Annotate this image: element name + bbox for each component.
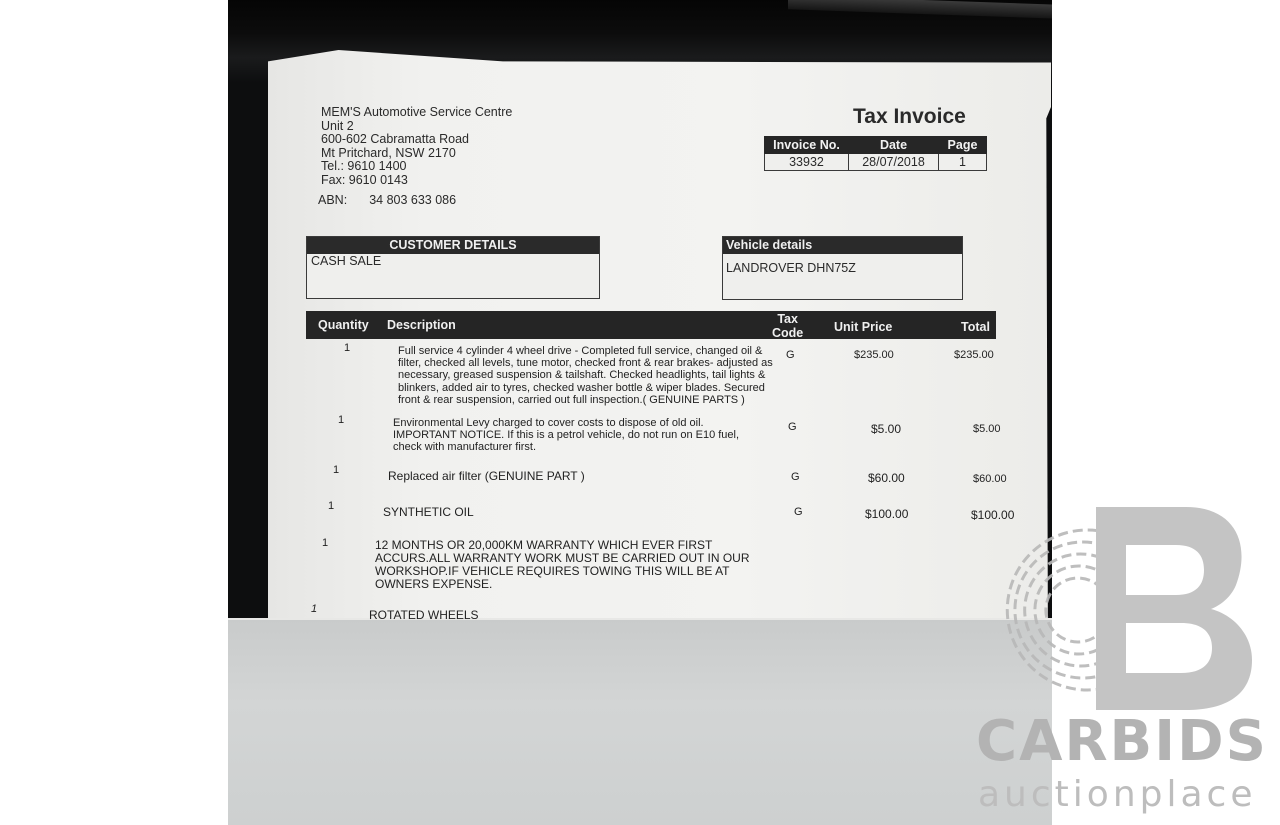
row-total: $235.00	[954, 349, 994, 361]
watermark-brand: CARBIDS	[976, 712, 1268, 772]
row-unit-price: $60.00	[868, 471, 905, 485]
invoice-document: MEM'S Automotive Service Centre Unit 2 6…	[228, 0, 1052, 625]
invoice-no-header: Invoice No.	[765, 137, 849, 154]
tax-code-header-line2: Code	[772, 326, 803, 340]
company-address-line: 600-602 Cabramatta Road	[321, 133, 512, 147]
vehicle-details-box: Vehicle details LANDROVER DHN75Z	[722, 236, 963, 300]
tax-code-header-line1: Tax	[777, 312, 798, 326]
row-unit-price: $235.00	[854, 349, 894, 361]
abn-label: ABN:	[318, 193, 347, 207]
row-description: Full service 4 cylinder 4 wheel drive - …	[398, 345, 783, 406]
description-header: Description	[387, 318, 456, 332]
row-tax-code: G	[791, 471, 800, 483]
carbids-logo-icon	[976, 505, 1256, 715]
row-description: Replaced air filter (GENUINE PART )	[388, 470, 748, 482]
company-details: MEM'S Automotive Service Centre Unit 2 6…	[321, 106, 512, 187]
page-value: 1	[939, 154, 987, 171]
row-unit-price: $5.00	[871, 422, 901, 436]
row-description: ROTATED WHEELS	[369, 609, 669, 621]
row-quantity: 1	[304, 603, 324, 615]
total-header: Total	[961, 320, 990, 334]
row-total: $5.00	[973, 423, 1001, 435]
invoice-photo: MEM'S Automotive Service Centre Unit 2 6…	[228, 0, 1052, 825]
items-table-header: Quantity Description TaxCode Unit Price …	[306, 311, 996, 339]
company-tel: Tel.: 9610 1400	[321, 160, 512, 174]
row-total: $60.00	[973, 473, 1007, 485]
paper-fold	[228, 618, 1052, 825]
customer-details-heading: CUSTOMER DETAILS	[307, 237, 599, 254]
row-unit-price: $100.00	[865, 507, 908, 521]
company-address-line: Mt Pritchard, NSW 2170	[321, 147, 512, 161]
company-address-line: Unit 2	[321, 120, 512, 134]
row-tax-code: G	[794, 506, 803, 518]
tax-code-header: TaxCode	[772, 312, 803, 340]
customer-details-value: CASH SALE	[307, 254, 599, 268]
date-value: 28/07/2018	[849, 154, 939, 171]
company-abn: ABN:34 803 633 086	[318, 193, 456, 207]
customer-details-box: CUSTOMER DETAILS CASH SALE	[306, 236, 600, 299]
row-tax-code: G	[788, 421, 797, 433]
row-quantity: 1	[337, 342, 357, 354]
vehicle-details-value: LANDROVER DHN75Z	[723, 254, 962, 282]
row-quantity: 1	[326, 464, 346, 476]
invoice-no-value: 33932	[765, 154, 849, 171]
page-header: Page	[939, 137, 987, 154]
company-fax: Fax: 9610 0143	[321, 174, 512, 188]
company-name: MEM'S Automotive Service Centre	[321, 106, 512, 120]
row-description: Environmental Levy charged to cover cost…	[393, 417, 758, 454]
row-quantity: 1	[331, 414, 351, 426]
row-description: SYNTHETIC OIL	[383, 506, 743, 518]
row-quantity: 1	[315, 537, 335, 549]
row-quantity: 1	[321, 500, 341, 512]
date-header: Date	[849, 137, 939, 154]
quantity-header: Quantity	[318, 318, 369, 332]
watermark-tagline: auctionplace	[978, 774, 1256, 816]
row-tax-code: G	[786, 349, 795, 361]
unit-price-header: Unit Price	[834, 320, 892, 334]
invoice-meta-table: Invoice No. Date Page 33932 28/07/2018 1	[764, 136, 987, 171]
abn-value: 34 803 633 086	[369, 193, 456, 207]
vehicle-details-heading: Vehicle details	[723, 237, 962, 254]
document-title: Tax Invoice	[853, 105, 966, 129]
row-description: 12 MONTHS OR 20,000KM WARRANTY WHICH EVE…	[375, 539, 760, 591]
